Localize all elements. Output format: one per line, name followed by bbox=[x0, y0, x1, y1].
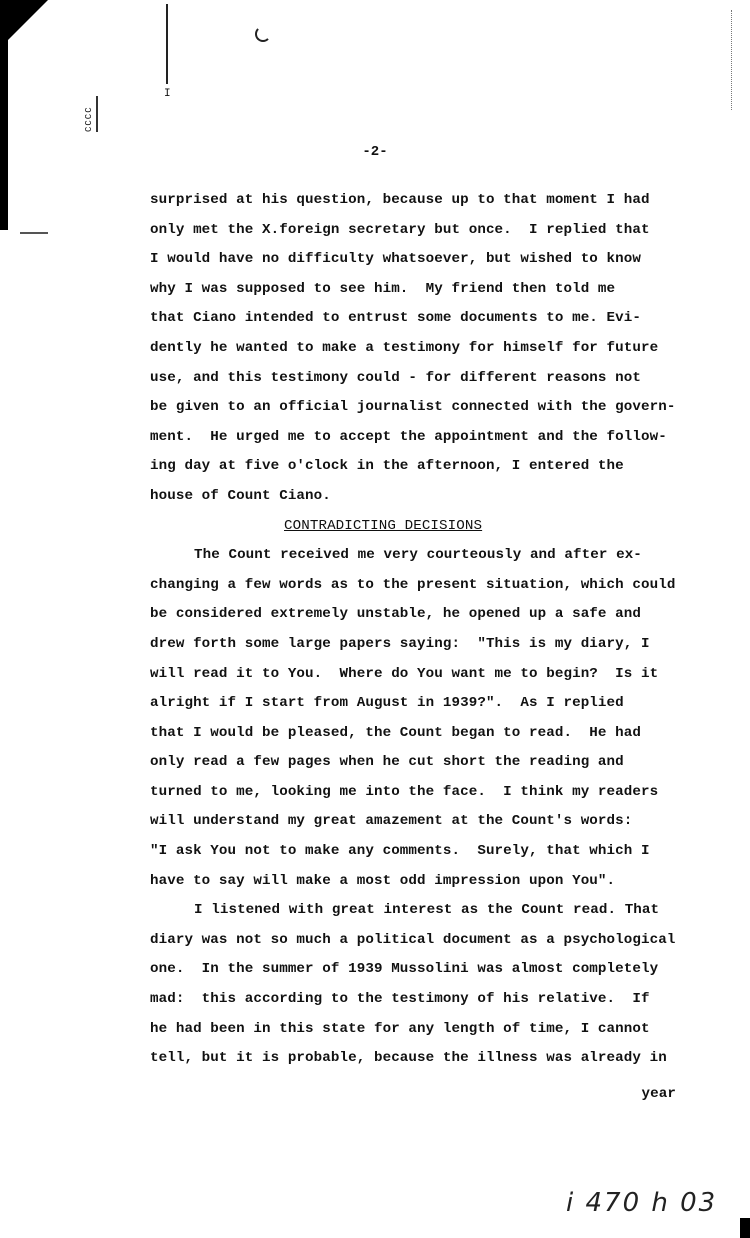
text-line: why I was supposed to see him. My friend… bbox=[150, 275, 710, 305]
text-line: will understand my great amazement at th… bbox=[150, 807, 710, 837]
text-line: only read a few pages when he cut short … bbox=[150, 748, 710, 778]
text-line: house of Count Ciano. bbox=[150, 482, 710, 512]
text-line: he had been in this state for any length… bbox=[150, 1015, 710, 1045]
text-line: ment. He urged me to accept the appointm… bbox=[150, 423, 710, 453]
text-line: turned to me, looking me into the face. … bbox=[150, 778, 710, 808]
catchword: year bbox=[150, 1080, 710, 1110]
text-line: drew forth some large papers saying: "Th… bbox=[150, 630, 710, 660]
margin-dash-mark bbox=[20, 232, 48, 234]
margin-mark: I bbox=[164, 88, 171, 100]
text-line: dently he wanted to make a testimony for… bbox=[150, 334, 710, 364]
punch-hole-mark bbox=[255, 26, 271, 42]
paragraph-2: The Count received me very courteously a… bbox=[150, 541, 710, 896]
text-line: I listened with great interest as the Co… bbox=[150, 896, 710, 926]
text-line: will read it to You. Where do You want m… bbox=[150, 660, 710, 690]
text-line: I would have no difficulty whatsoever, b… bbox=[150, 245, 710, 275]
text-line: "I ask You not to make any comments. Sur… bbox=[150, 837, 710, 867]
section-heading: CONTRADICTING DECISIONS bbox=[150, 512, 710, 542]
text-line: one. In the summer of 1939 Mussolini was… bbox=[150, 955, 710, 985]
paragraph-3: I listened with great interest as the Co… bbox=[150, 896, 710, 1074]
text-line: ing day at five o'clock in the afternoon… bbox=[150, 452, 710, 482]
text-line: that Ciano intended to entrust some docu… bbox=[150, 304, 710, 334]
text-line: The Count received me very courteously a… bbox=[150, 541, 710, 571]
scan-right-edge bbox=[731, 10, 742, 110]
text-line: diary was not so much a political docume… bbox=[150, 926, 710, 956]
scan-corner-artifact bbox=[740, 1218, 750, 1238]
paragraph-1: surprised at his question, because up to… bbox=[150, 186, 710, 512]
text-line: only met the X.foreign secretary but onc… bbox=[150, 216, 710, 246]
text-line: tell, but it is probable, because the il… bbox=[150, 1044, 710, 1074]
document-body: surprised at his question, because up to… bbox=[150, 186, 710, 1109]
text-line: be considered extremely unstable, he ope… bbox=[150, 600, 710, 630]
handwritten-archive-number: i 470 h 03 bbox=[566, 1188, 717, 1218]
text-line: use, and this testimony could - for diff… bbox=[150, 364, 710, 394]
text-line: mad: this according to the testimony of … bbox=[150, 985, 710, 1015]
text-line: be given to an official journalist conne… bbox=[150, 393, 710, 423]
text-line: that I would be pleased, the Count began… bbox=[150, 719, 710, 749]
archive-stamp: CCCC bbox=[84, 96, 98, 132]
page-number: -2- bbox=[0, 144, 750, 160]
text-line: alright if I start from August in 1939?"… bbox=[150, 689, 710, 719]
text-line: surprised at his question, because up to… bbox=[150, 186, 710, 216]
text-line: have to say will make a most odd impress… bbox=[150, 867, 710, 897]
margin-line bbox=[166, 4, 168, 84]
scan-edge-artifact bbox=[0, 40, 8, 230]
text-line: changing a few words as to the present s… bbox=[150, 571, 710, 601]
